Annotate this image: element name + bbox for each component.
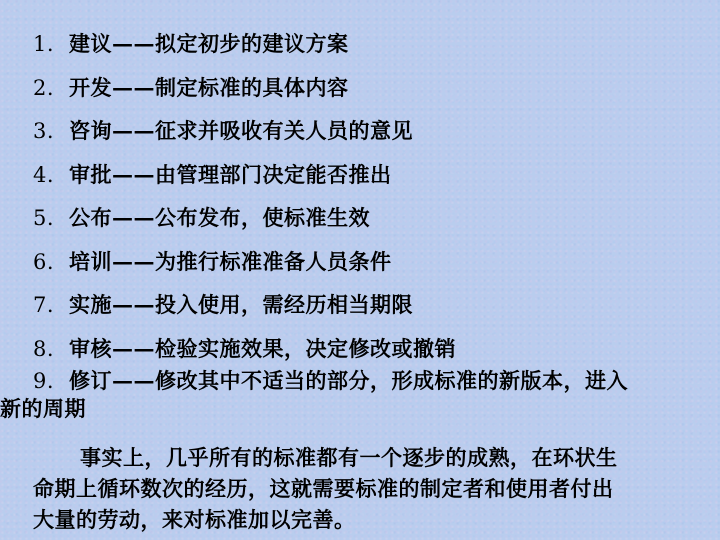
- step-number: 6.: [33, 241, 69, 285]
- step-number: 2.: [33, 67, 69, 111]
- step-text: 实施——投入使用，需经历相当期限: [69, 292, 413, 317]
- step-text: 咨询——征求并吸收有关人员的意见: [69, 118, 413, 143]
- step-text: 审批——由管理部门决定能否推出: [69, 162, 392, 187]
- step-number: 8.: [33, 328, 69, 372]
- step-text: 培训——为推行标准准备人员条件: [69, 249, 392, 274]
- step-item-8: 8.审核——检验实施效果，决定修改或撤销: [33, 327, 703, 371]
- summary-paragraph: 事实上，几乎所有的标准都有一个逐步的成熟，在环状生 命期上循环数次的经历，这就需…: [33, 442, 693, 535]
- step-text: 修订——修改其中不适当的部分，形成标准的新版本，进入: [69, 368, 628, 393]
- step-number: 5.: [33, 197, 69, 241]
- step-item-1: 1.建议——拟定初步的建议方案: [33, 22, 703, 66]
- step-text: 建议——拟定初步的建议方案: [69, 31, 349, 56]
- step-number: 1.: [33, 23, 69, 67]
- paragraph-line-2: 命期上循环数次的经历，这就需要标准的制定者和使用者付出: [33, 473, 693, 504]
- step-text: 开发——制定标准的具体内容: [69, 75, 349, 100]
- step-item-3: 3.咨询——征求并吸收有关人员的意见: [33, 109, 703, 153]
- step-number: 4.: [33, 154, 69, 198]
- paragraph-line-1: 事实上，几乎所有的标准都有一个逐步的成熟，在环状生: [33, 442, 693, 473]
- step-number: 3.: [33, 110, 69, 154]
- step-number: 9.: [33, 367, 69, 395]
- step-text: 公布——公布发布，使标准生效: [69, 205, 370, 230]
- slide: 1.建议——拟定初步的建议方案 2.开发——制定标准的具体内容 3.咨询——征求…: [0, 0, 720, 540]
- step-item-9: 9.修订——修改其中不适当的部分，形成标准的新版本，进入 新的周期: [33, 367, 703, 423]
- step-item-5: 5.公布——公布发布，使标准生效: [33, 196, 703, 240]
- step-item-2: 2.开发——制定标准的具体内容: [33, 66, 703, 110]
- step-number: 7.: [33, 284, 69, 328]
- step-item-4: 4.审批——由管理部门决定能否推出: [33, 153, 703, 197]
- step-item-7: 7.实施——投入使用，需经历相当期限: [33, 283, 703, 327]
- step-text-continuation: 新的周期: [0, 395, 703, 423]
- lifecycle-steps-list: 1.建议——拟定初步的建议方案 2.开发——制定标准的具体内容 3.咨询——征求…: [33, 22, 703, 370]
- step-text: 审核——检验实施效果，决定修改或撤销: [69, 336, 456, 361]
- paragraph-line-3: 大量的劳动，来对标准加以完善。: [33, 504, 693, 535]
- step-item-6: 6.培训——为推行标准准备人员条件: [33, 240, 703, 284]
